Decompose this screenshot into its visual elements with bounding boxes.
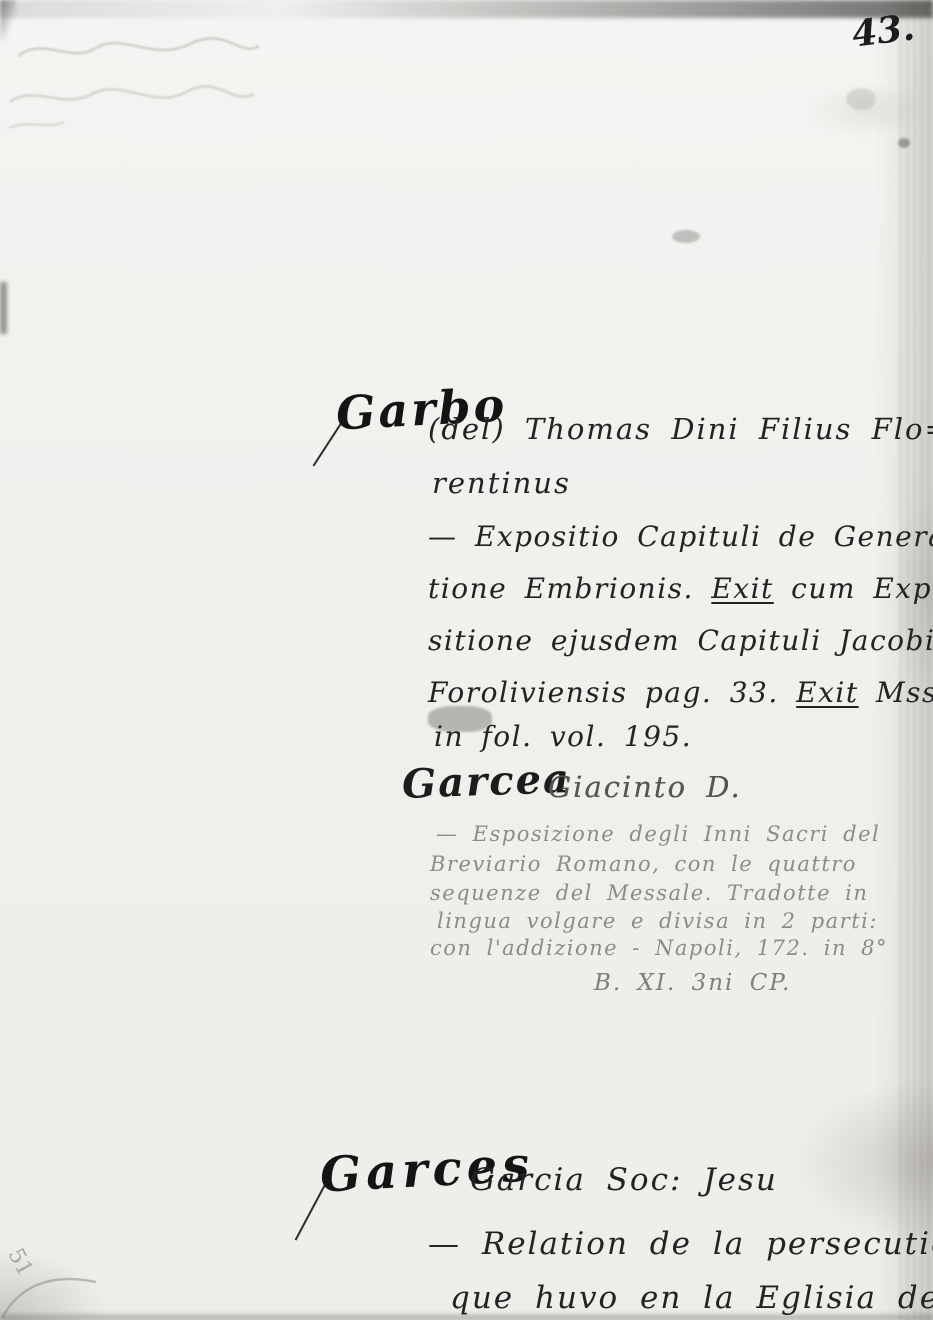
entry-body-line: in fol. vol. 195. bbox=[434, 720, 692, 753]
page-number: 43. bbox=[850, 6, 917, 55]
underlined-word: Exit bbox=[796, 676, 858, 709]
ink-speck bbox=[672, 230, 700, 243]
entry-body-line-pencil: con l'addizione - Napoli, 172. in 8° bbox=[430, 936, 888, 960]
stain bbox=[846, 88, 876, 110]
body-text: cum Expo= bbox=[774, 572, 933, 605]
entry-body-line: sitione ejusdem Capituli Jacobi bbox=[428, 624, 933, 657]
scanned-page: 43. 51 Garbo (del) Thomas Dini Filius Fl… bbox=[0, 0, 933, 1320]
shelfmark: B. XI. 3ni CP. bbox=[594, 970, 791, 996]
entry-heading-continuation: rentinus bbox=[432, 466, 571, 500]
entry-body-line-pencil: Breviario Romano, con le quattro bbox=[430, 852, 857, 876]
entry-body-line: que huvo en la Eglisia de bbox=[450, 1280, 933, 1316]
right-edge-shadow bbox=[899, 0, 933, 1320]
entry-body-line: Foroliviensis pag. 33. Exit Mss: bbox=[428, 676, 933, 709]
underlined-word: Exit bbox=[711, 572, 773, 605]
ink-speck bbox=[898, 138, 910, 148]
body-text: tione Embrionis. bbox=[428, 572, 711, 605]
body-text: Mss: bbox=[859, 676, 933, 709]
entry-body-line-pencil: — Esposizione degli Inni Sacri del bbox=[436, 822, 880, 846]
entry-headword-garcea: Garcea bbox=[401, 755, 571, 808]
entry-body-line-pencil: sequenze del Messale. Tradotte in bbox=[430, 881, 868, 905]
top-edge-shadow bbox=[0, 0, 933, 18]
entry-heading-line: Giacinto D. bbox=[548, 770, 742, 804]
entry-body-line: tione Embrionis. Exit cum Expo= bbox=[428, 572, 933, 605]
entry-heading-line: Garcia Soc: Jesu bbox=[470, 1162, 778, 1198]
body-text: Foroliviensis pag. 33. bbox=[428, 676, 796, 709]
entry-body-line: — Expositio Capituli de Genera= bbox=[428, 520, 933, 553]
entry-body-line: — Relation de la persecution bbox=[428, 1226, 933, 1262]
bleedthrough-marks bbox=[4, 18, 264, 128]
left-edge-nick bbox=[0, 282, 7, 334]
entry-heading-line: (del) Thomas Dini Filius Flo= bbox=[428, 412, 933, 446]
entry-body-line-pencil: lingua volgare e divisa in 2 parti: bbox=[437, 909, 878, 933]
